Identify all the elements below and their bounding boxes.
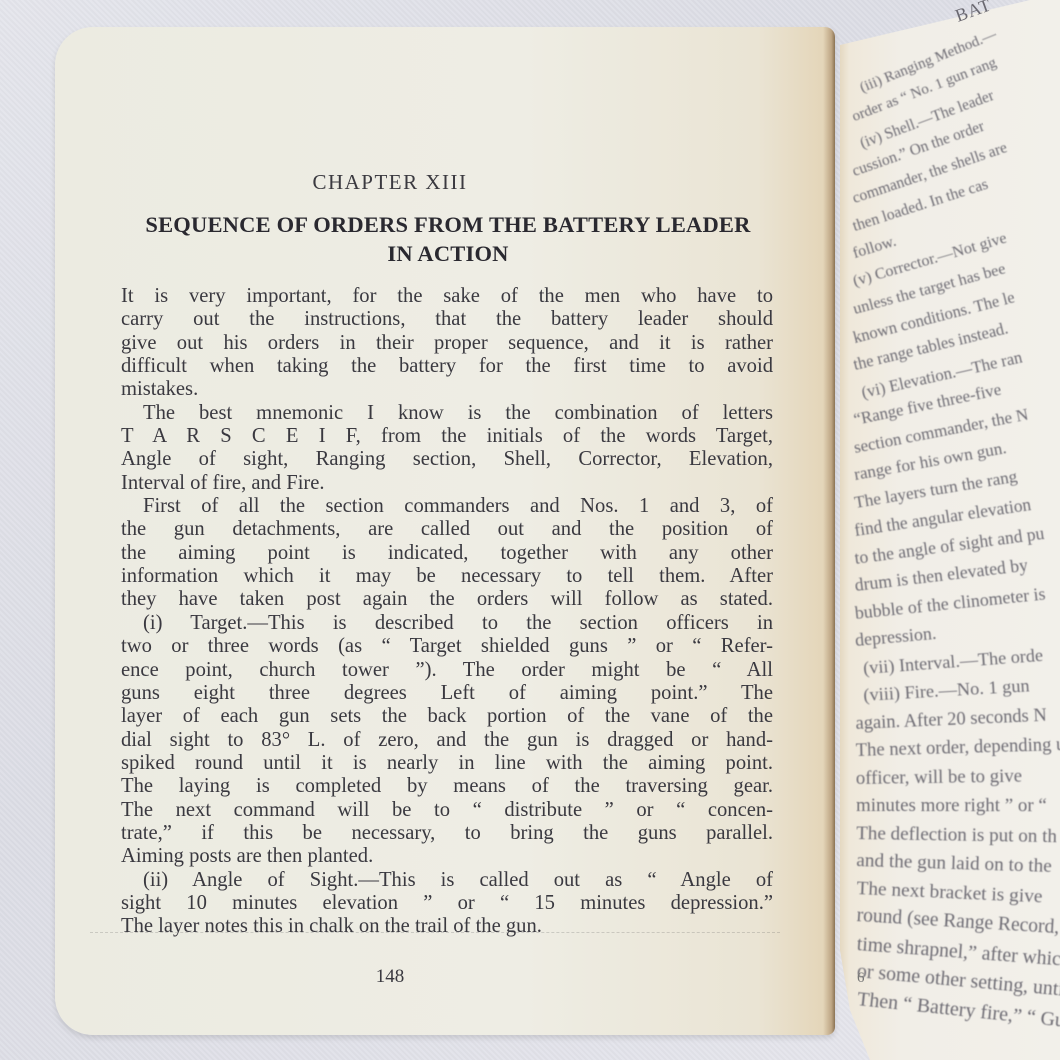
text-line: mistakes.: [121, 378, 773, 401]
text-line: information which it may be necessary to…: [121, 565, 773, 588]
text-line: give out his orders in their proper sequ…: [121, 332, 773, 355]
chapter-title-line-2: IN ACTION: [118, 239, 778, 268]
text-line: It is very important, for the sake of th…: [121, 285, 773, 308]
text-line: sight 10 minutes elevation ” or “ 15 min…: [121, 892, 773, 915]
right-text-line: minutes more right ” or “: [856, 795, 1047, 817]
text-line: The layer notes this in chalk on the tra…: [121, 915, 773, 938]
right-page-number: 6: [857, 970, 865, 987]
text-line: difficult when taking the battery for th…: [121, 355, 773, 378]
text-line: First of all the section commanders and …: [121, 495, 773, 518]
text-line: they have taken post again the orders wi…: [121, 588, 773, 611]
text-line: The next command will be to “ distribute…: [121, 799, 773, 822]
body-text: It is very important, for the sake of th…: [121, 285, 773, 939]
text-line: T A R S C E I F, from the initials of th…: [121, 425, 773, 448]
right-text-line: officer, will be to give: [856, 765, 1022, 789]
text-line: The best mnemonic I know is the combinat…: [121, 402, 773, 425]
chapter-title-line-1: SEQUENCE OF ORDERS FROM THE BATTERY LEAD…: [118, 210, 778, 239]
text-line: Interval of fire, and Fire.: [121, 472, 773, 495]
right-text-line: The deflection is put on th: [856, 823, 1057, 848]
text-line: (i) Target.—This is described to the sec…: [121, 612, 773, 635]
text-line: two or three words (as “ Target shielded…: [121, 635, 773, 658]
text-line: the gun detachments, are called out and …: [121, 518, 773, 541]
text-line: Angle of sight, Ranging section, Shell, …: [121, 448, 773, 471]
text-line: trate,” if this be necessary, to bring t…: [121, 822, 773, 845]
text-line: spiked round until it is nearly in line …: [121, 752, 773, 775]
text-line: guns eight three degrees Left of aiming …: [121, 682, 773, 705]
text-line: The laying is completed by means of the …: [121, 775, 773, 798]
text-line: dial sight to 83° L. of zero, and the gu…: [121, 729, 773, 752]
page-number: 148: [0, 966, 780, 988]
chapter-title: SEQUENCE OF ORDERS FROM THE BATTERY LEAD…: [118, 210, 778, 268]
text-line: the aiming point is indicated, together …: [121, 542, 773, 565]
chapter-label: CHAPTER XIII: [0, 170, 780, 195]
text-line: layer of each gun sets the back portion …: [121, 705, 773, 728]
text-line: ence point, church tower ”). The order m…: [121, 659, 773, 682]
text-line: Aiming posts are then planted.: [121, 845, 773, 868]
text-line: carry out the instructions, that the bat…: [121, 308, 773, 331]
print-rule: [90, 932, 780, 933]
text-line: (ii) Angle of Sight.—This is called out …: [121, 869, 773, 892]
